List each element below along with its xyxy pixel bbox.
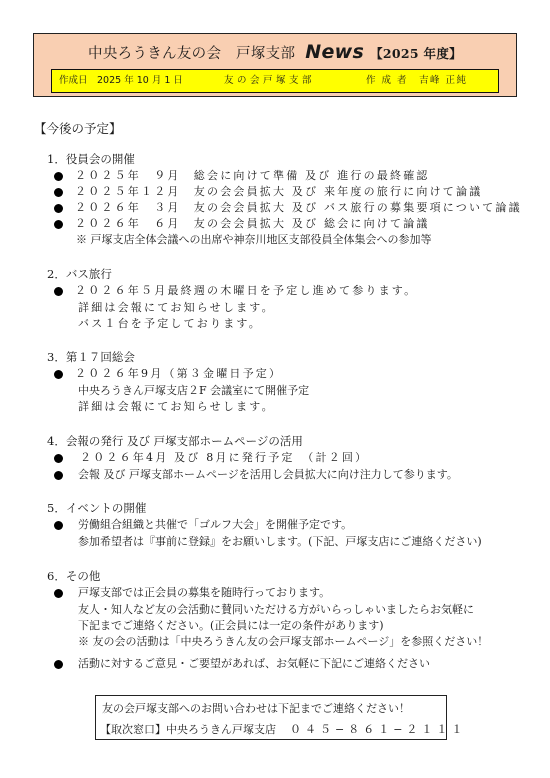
list-item: ２０２６年4月 及び 8月に発行予定 （計２回） [80, 451, 368, 465]
info-bar: 作成日 2025 年 10 月 1 日 友の会戸塚支部 作 成 者 吉峰 正純 [51, 69, 499, 93]
contact-window: 【取次窓口】中央ろうきん戸塚支店 [100, 723, 276, 736]
bullet-icon [54, 172, 63, 181]
organization-name: 友の会戸塚支部 [224, 70, 315, 91]
section-title-6: 6．その他 [47, 568, 100, 584]
newsletter-header: 中央ろうきん友の会 戸塚支部News【2025 年度】 作成日 2025 年 1… [33, 33, 517, 97]
bullet-icon [54, 220, 63, 229]
section-title-1: 1．役員会の開催 [47, 151, 135, 167]
list-item: 詳細は会報にてお知らせします。 [78, 301, 275, 315]
list-item: 活動に対するご意見・ご要望があれば、お気軽に下記にご連絡ください [78, 657, 430, 671]
list-item: ２０２６年9月（第３金曜日予定） [75, 367, 282, 381]
contact-phone: ０４５−８６１−２１１１ [290, 723, 466, 736]
created-date: 作成日 2025 年 10 月 1 日 [59, 70, 183, 91]
bullet-icon [54, 471, 63, 480]
header-title: 中央ろうきん友の会 戸塚支部 [88, 46, 295, 62]
fiscal-year: 【2025 年度】 [370, 46, 462, 61]
contact-details: 【取次窓口】中央ろうきん戸塚支店０４５−８６１−２１１１ [100, 721, 466, 737]
bullet-icon [54, 287, 63, 296]
note-item: ※ 戸塚支店全体会議への出席や神奈川地区支部役員全体集会への参加等 [76, 233, 432, 247]
contact-message: 友の会戸塚支部へのお問い合わせは下記までご連絡ください！ [102, 700, 410, 716]
bullet-icon [54, 454, 63, 463]
list-item: 下記までご連絡ください。(正会員には一定の条件があります) [78, 619, 384, 633]
news-label: News [305, 41, 364, 63]
list-item: 参加希望者は『事前に登録』をお願いします。(下記、戸塚支店にご連絡ください) [78, 535, 482, 549]
list-item: ２０２５年 ９月 総会に向けて準備 及び 進行の最終確認 [75, 169, 430, 183]
list-item: ２０２６年 ６月 友の会会員拡大 及び 総会に向けて論議 [75, 217, 430, 231]
list-item: 詳細は会報にてお知らせします。 [78, 400, 275, 414]
list-item: 友人・知人など友の会活動に賛同いただける方がいらっしゃいましたらお気軽に [78, 603, 474, 617]
main-heading: 【今後の予定】 [34, 119, 122, 137]
bullet-icon [54, 521, 63, 530]
header-title-row: 中央ろうきん友の会 戸塚支部News【2025 年度】 [34, 41, 516, 63]
contact-box: 友の会戸塚支部へのお問い合わせは下記までご連絡ください！ 【取次窓口】中央ろうき… [95, 695, 447, 740]
list-item: 労働組合組織と共催で「ゴルフ大会」を開催予定です。 [78, 518, 352, 532]
bullet-icon [54, 589, 63, 598]
bullet-icon [54, 370, 63, 379]
section-title-4: 4．会報の発行 及び 戸塚支部ホームページの活用 [47, 433, 303, 449]
bullet-icon [54, 204, 63, 213]
section-title-3: 3．第１７回総会 [47, 349, 135, 365]
section-title-5: 5．イベントの開催 [47, 500, 146, 516]
bullet-icon [54, 188, 63, 197]
section-title-2: 2．バス旅行 [47, 266, 112, 282]
note-item: ※ 友の会の活動は「中央ろうきん友の会戸塚支部ホームページ」を参照ください！ [78, 635, 488, 649]
list-item: 会報 及び 戸塚支部ホームページを活用し会員拡大に向け注力して参ります。 [78, 468, 458, 482]
list-item: ２０２６年５月最終週の木曜日を予定し進めて参ります。 [75, 284, 417, 298]
author: 作 成 者 吉峰 正純 [366, 70, 468, 91]
list-item: 中央ろうきん戸塚支店２F 会議室にて開催予定 [78, 384, 309, 398]
list-item: バス１台を予定しております。 [78, 317, 262, 331]
list-item: 戸塚支部では正会員の募集を随時行っております。 [78, 586, 330, 600]
list-item: ２０２６年 ３月 友の会会員拡大 及び バス旅行の募集要項について論議 [75, 201, 522, 215]
bullet-icon [54, 660, 63, 669]
list-item: ２０２５年１２月 友の会会員拡大 及び 来年度の旅行に向けて論議 [75, 185, 482, 199]
